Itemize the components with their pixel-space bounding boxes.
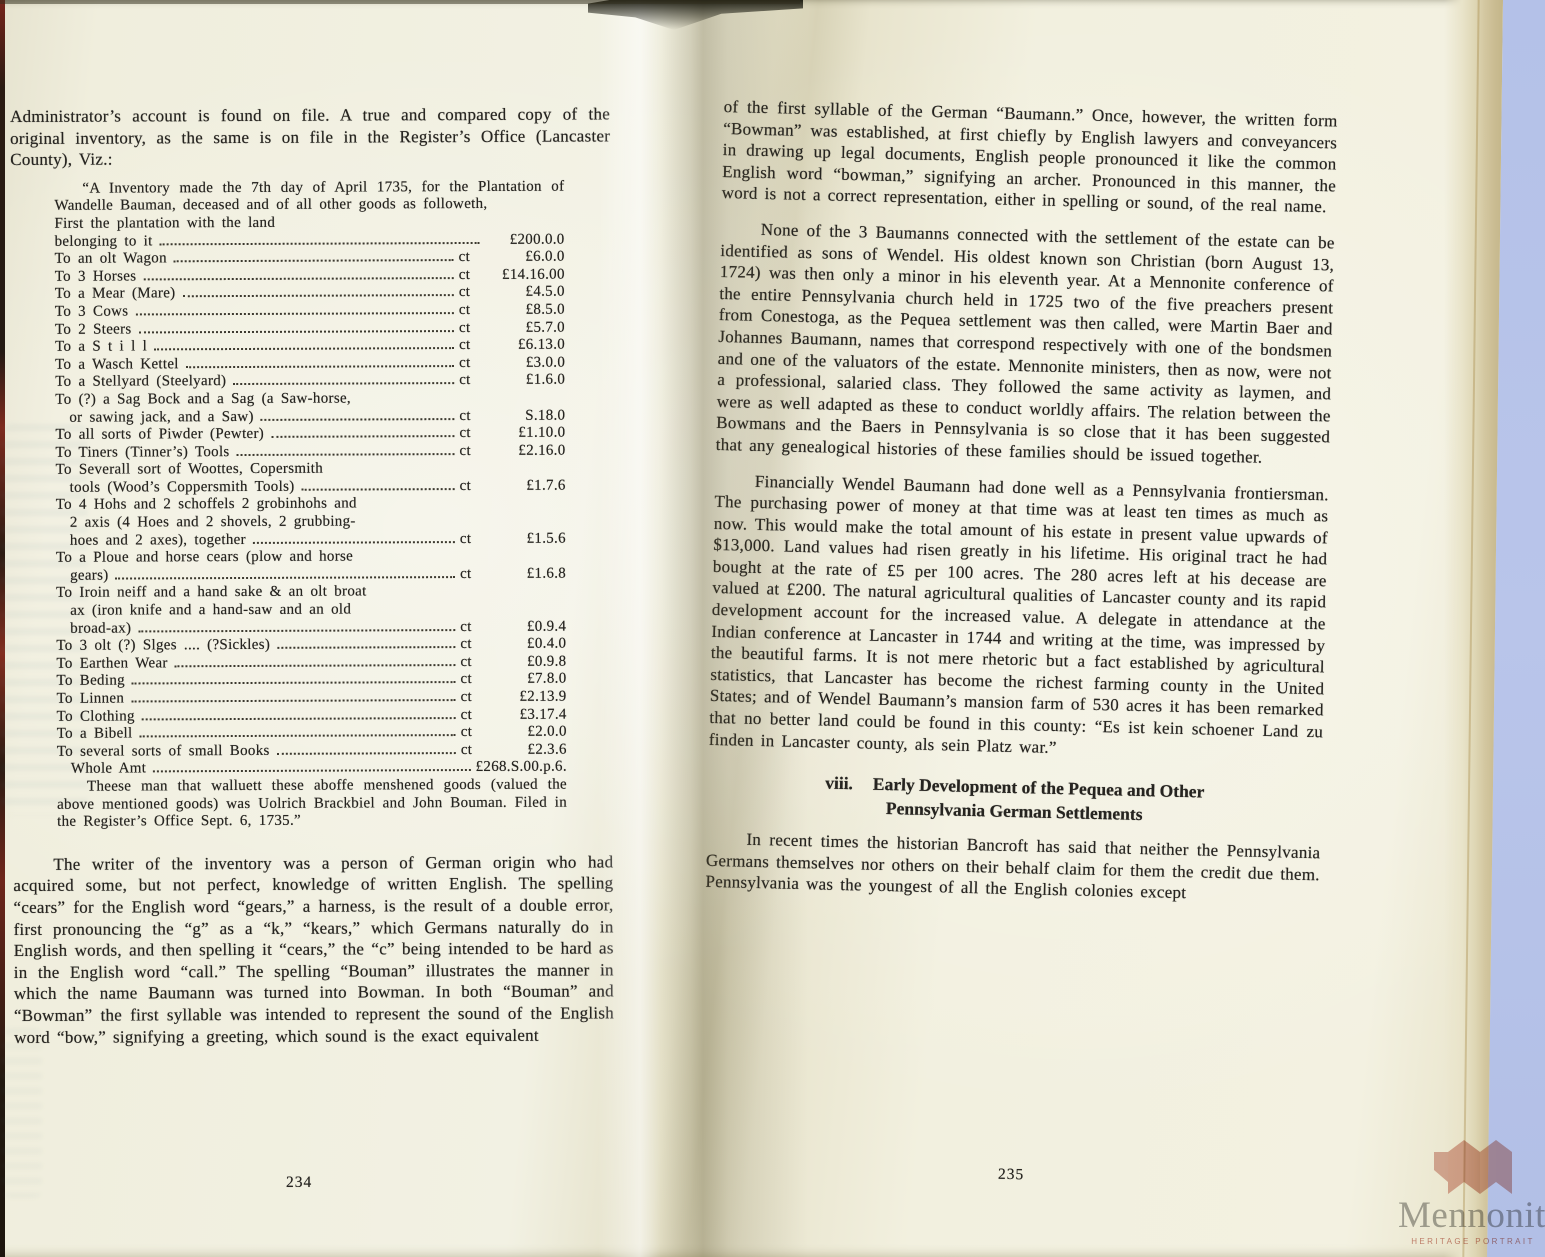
item-value: £1.5.6 [486,530,566,548]
dot-leader [132,681,456,684]
item-value: £2.16.0 [485,442,565,460]
inventory-line: To 2 Steersct£5.7.0 [55,319,565,339]
dot-leader [154,347,454,350]
dot-leader [174,259,454,262]
inventory-line: To a Bibellct£2.0.0 [57,724,567,744]
dot-leader [131,699,455,702]
dot-leader [186,365,454,368]
inventory-item: To (?) a Sag Bock and a Sag (a Saw-horse… [55,389,565,426]
inventory-line: First the plantation with the land [54,214,564,234]
dot-leader [139,330,454,333]
inventory-line: To (?) a Sag Bock and a Sag (a Saw-horse… [55,389,565,409]
item-value: £8.5.0 [485,302,565,320]
ct-abbreviation: ct [459,355,485,373]
gutter-top-shadow [588,0,803,30]
section-number: viii. [825,773,853,794]
inventory-item: To a Wasch Kettelct£3.0.0 [55,354,565,374]
item-value: £0.4.0 [486,636,566,654]
inventory-line: tools (Wood’s Coppersmith Tools)ct£1.7.6 [56,477,566,497]
item-value: £6.13.0 [485,337,565,355]
right-paragraph-1: of the first syllable of the German “Bau… [721,96,1337,218]
inventory-line: To 4 Hohs and 2 schoffels 2 grobinhohs a… [56,495,566,515]
inventory-line: To Bedingct£7.8.0 [56,671,566,691]
ct-abbreviation: ct [459,443,485,461]
inventory-line: To a Ploue and horse cears (plow and hor… [56,548,566,568]
left-intro-paragraph: Administrator’s account is found on file… [10,103,610,170]
dot-leader [160,242,480,245]
item-value: £6.0.0 [485,249,565,267]
inventory-item: To several sorts of small Booksct£2.3.6 [57,741,567,761]
item-value: £5.7.0 [485,319,565,337]
inventory-item: To Linnenct£2.13.9 [57,689,567,709]
ct-abbreviation: ct [459,284,485,302]
item-value: £2.3.6 [487,741,567,759]
item-value: £7.8.0 [486,671,566,689]
inventory-item: To 3 Cowsct£8.5.0 [55,302,565,322]
section-heading: viii.Early Development of the Pequea and… [707,768,1322,830]
ct-abbreviation: ct [459,302,485,320]
inventory-item: To Clothingct£3.17.4 [57,706,567,726]
inventory-item: To a Mear (Mare)ct£4.5.0 [55,284,565,304]
dot-leader [139,734,455,737]
item-value: £3.0.0 [485,354,565,372]
inventory-line: or sawing jack, and a Saw)ctS.18.0 [55,407,565,427]
left-page: Administrator’s account is found on file… [10,103,614,1048]
inventory-line: To Clothingct£3.17.4 [57,706,567,726]
inventory-item: To a Bibellct£2.0.0 [57,724,567,744]
item-value: £2.13.9 [487,689,567,707]
inventory-item: To Iroin neiff and a hand sake & an olt … [56,583,566,638]
item-value: £1.7.6 [486,477,566,495]
inventory-item: To 4 Hohs and 2 schoffels 2 grobinhohs a… [56,495,566,550]
page-number-right: 235 [998,1166,1025,1185]
inventory-items: First the plantation with the landbelong… [54,214,566,779]
item-value: £14.16.00 [485,266,565,284]
ct-abbreviation: ct [460,566,486,584]
inventory-line: To a S t i l lct£6.13.0 [55,337,565,357]
ct-abbreviation: ct [461,742,487,760]
right-paragraph-3: Financially Wendel Baumann had done well… [709,469,1329,764]
dot-leader [237,453,455,456]
ct-abbreviation: ct [461,724,487,742]
inventory-item: To an olt Wagonct£6.0.0 [55,249,565,269]
right-paragraph-2: None of the 3 Baumanns connected with th… [716,218,1335,470]
ct-abbreviation: ct [460,619,486,637]
inventory-item: To 3 Horsesct£14.16.00 [55,266,565,286]
inventory-line: broad-ax)ct£0.9.4 [56,618,566,638]
item-value: £1.6.8 [486,565,566,583]
item-value: S.18.0 [485,407,565,425]
inventory-block: “A Inventory made the 7th day of April 1… [54,178,567,831]
dot-leader [138,629,455,632]
item-value: £268.S.00.p.6. [476,759,567,777]
item-value: £200.0.0 [485,231,565,249]
dot-leader [271,435,454,438]
inventory-line: To 3 Horsesct£14.16.00 [55,266,565,286]
inventory-heading: “A Inventory made the 7th day of April 1… [54,178,564,215]
inventory-line: To several sorts of small Booksct£2.3.6 [57,741,567,761]
dot-leader [142,717,456,720]
inventory-line: 2 axis (4 Hoes and 2 shovels, 2 grubbing… [56,513,566,533]
ct-abbreviation: ct [459,249,485,267]
ct-abbreviation: ct [460,636,486,654]
item-value: £2.0.0 [487,724,567,742]
inventory-line: To a Mear (Mare)ct£4.5.0 [55,284,565,304]
inventory-line: To Linnenct£2.13.9 [57,689,567,709]
item-value: £4.5.0 [485,284,565,302]
dot-leader [143,277,453,280]
dot-leader [253,541,455,544]
ct-abbreviation: ct [461,707,487,725]
inventory-line: To Iroin neiff and a hand sake & an olt … [56,583,566,603]
ct-abbreviation: ct [460,671,486,689]
inventory-line: To 3 olt (?) Slges .... (?Sickles)ct£0.4… [56,636,566,656]
inventory-line: belonging to it£200.0.0 [55,231,565,251]
inventory-line: To a Wasch Kettelct£3.0.0 [55,354,565,374]
inventory-item: To Earthen Wearct£0.9.8 [56,653,566,673]
inventory-line: hoes and 2 axes), togetherct£1.5.6 [56,530,566,550]
dot-leader [182,294,453,297]
dot-leader [277,752,456,755]
inventory-item: To Tiners (Tinner’s) Toolsct£2.16.0 [55,442,565,462]
dot-leader [116,576,456,579]
inventory-item: To Severall sort of Woottes, Copersmitht… [56,460,566,497]
item-value: £1.10.0 [485,425,565,443]
item-value: £1.6.0 [485,372,565,390]
right-page: of the first syllable of the German “Bau… [705,96,1338,921]
inventory-line: To Tiners (Tinner’s) Toolsct£2.16.0 [55,442,565,462]
ct-abbreviation: ct [461,689,487,707]
right-paragraph-4: In recent times the historian Bancroft h… [705,828,1320,907]
dot-leader [302,488,455,491]
inventory-item: To a Ploue and horse cears (plow and hor… [56,548,566,585]
ct-abbreviation: ct [460,478,486,496]
inventory-item: First the plantation with the landbelong… [54,214,564,251]
item-value: £0.9.4 [486,618,566,636]
dot-leader [261,418,455,421]
inventory-line: Whole Amt£268.S.00.p.6. [57,759,567,779]
ct-abbreviation: ct [459,267,485,285]
inventory-item: To a S t i l lct£6.13.0 [55,337,565,357]
page-number-left: 234 [286,1174,312,1192]
ct-abbreviation: ct [460,531,486,549]
left-body-paragraph: The writer of the inventory was a person… [13,851,614,1048]
inventory-item: To 2 Steersct£5.7.0 [55,319,565,339]
ct-abbreviation: ct [459,319,485,337]
inventory-item: To 3 olt (?) Slges .... (?Sickles)ct£0.4… [56,636,566,656]
inventory-line: To a Stellyard (Steelyard)ct£1.6.0 [55,372,565,392]
inventory-item: To a Stellyard (Steelyard)ct£1.6.0 [55,372,565,392]
inventory-closing: Theese man that walluett these aboffe me… [57,777,567,832]
ct-abbreviation: ct [459,372,485,390]
dot-leader [233,382,454,385]
page-showthrough [2,1028,42,1198]
book-spread: Administrator’s account is found on file… [0,0,1545,1257]
page-top-edge [0,0,800,4]
ct-abbreviation: ct [459,337,485,355]
item-value: £0.9.8 [486,653,566,671]
inventory-line: To all sorts of Piwder (Pewter)ct£1.10.0 [55,425,565,445]
inventory-line: To an olt Wagonct£6.0.0 [55,249,565,269]
dot-leader [153,769,470,772]
dot-leader [135,312,454,315]
inventory-line: To Earthen Wearct£0.9.8 [56,653,566,673]
ct-abbreviation: ct [459,407,485,425]
ct-abbreviation: ct [459,425,485,443]
dot-leader [175,664,456,667]
inventory-item: To all sorts of Piwder (Pewter)ct£1.10.0 [55,425,565,445]
inventory-line: gears)ct£1.6.8 [56,565,566,585]
inventory-line: ax (iron knife and a hand-saw and an old [56,601,566,621]
scanned-book-spread: Administrator’s account is found on file… [0,0,1545,1257]
dot-leader [277,646,455,649]
item-value: £3.17.4 [487,706,567,724]
ct-abbreviation: ct [460,654,486,672]
inventory-item: To Bedingct£7.8.0 [56,671,566,691]
inventory-item: Whole Amt£268.S.00.p.6. [57,759,567,779]
inventory-line: To 3 Cowsct£8.5.0 [55,302,565,322]
inventory-line: To Severall sort of Woottes, Copersmith [56,460,566,480]
